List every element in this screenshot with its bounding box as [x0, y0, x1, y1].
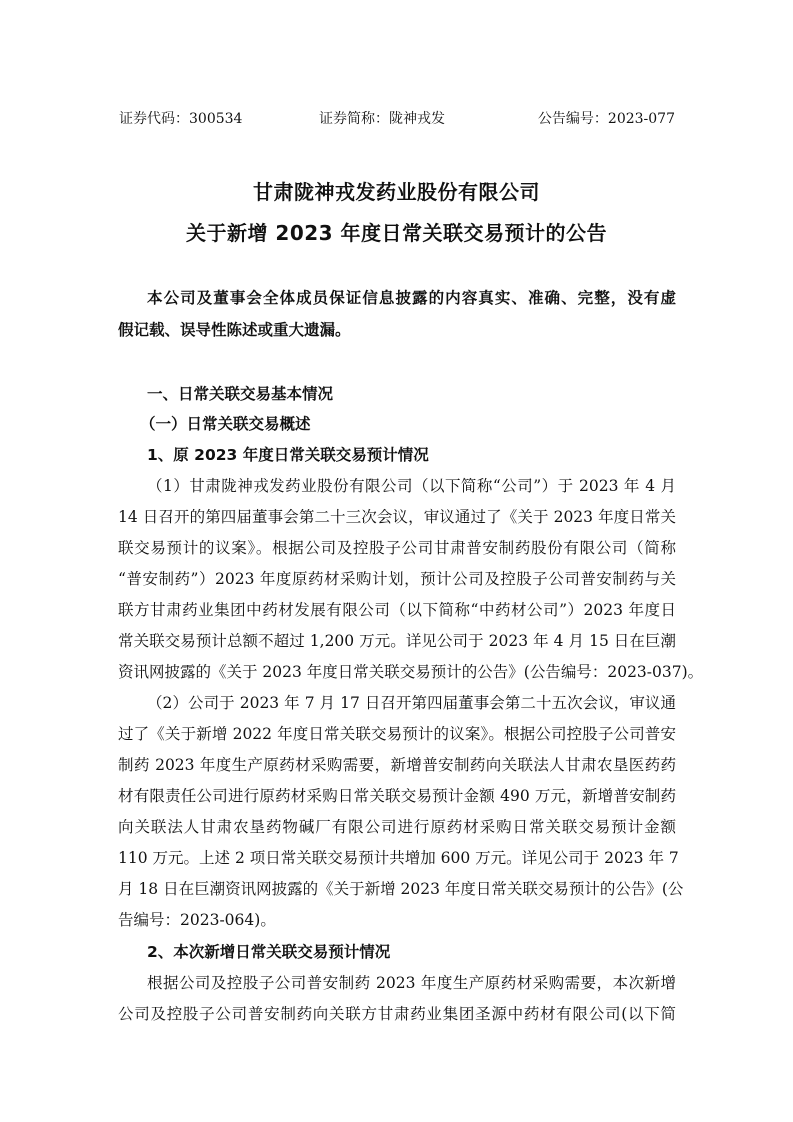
- statement-line: 本公司及董事会全体成员保证信息披露的内容真实、准确、完整，没有虚: [147, 288, 676, 308]
- item-heading: 2、本次新增日常关联交易预计情况: [147, 942, 676, 962]
- paragraph-line: 资讯网披露的《关于 2023 年度日常关联交易预计的公告》(公告编号：2023-…: [118, 662, 676, 682]
- paragraph-line: （1）甘肃陇神戎发药业股份有限公司（以下简称“公司”）于 2023 年 4 月: [147, 476, 676, 496]
- section-heading: 一、日常关联交易基本情况: [147, 384, 676, 404]
- item-heading: 1、原 2023 年度日常关联交易预计情况: [147, 445, 676, 465]
- paragraph-line: （2）公司于 2023 年 7 月 17 日召开第四届董事会第二十五次会议，审议…: [147, 693, 676, 713]
- paragraph-line: 公司及控股子公司普安制药向关联方甘肃药业集团圣源中药材有限公司(以下简: [118, 1004, 676, 1024]
- announcement-title: 关于新增 2023 年度日常关联交易预计的公告: [0, 217, 793, 246]
- document-header: 证券代码：300534 证券简称：陇神戎发 公告编号：2023-077: [119, 108, 675, 128]
- announcement-number: 公告编号：2023-077: [538, 108, 675, 128]
- paragraph-line: 材有限责任公司进行原药材采购日常关联交易预计金额 490 万元，新增普安制药: [118, 786, 676, 806]
- paragraph-line: 14 日召开的第四届董事会第二十三次会议，审议通过了《关于 2023 年度日常关: [118, 507, 676, 527]
- paragraph-line: 联方甘肃药业集团中药材发展有限公司（以下简称“中药材公司”）2023 年度日: [118, 600, 676, 620]
- paragraph-line: 联交易预计的议案》。根据公司及控股子公司甘肃普安制药股份有限公司（简称: [118, 538, 676, 558]
- paragraph-line: 过了《关于新增 2022 年度日常关联交易预计的议案》。根据公司控股子公司普安: [118, 724, 676, 744]
- paragraph-line: 月 18 日在巨潮资讯网披露的《关于新增 2023 年度日常关联交易预计的公告》…: [118, 879, 676, 899]
- paragraph-line: 常关联交易预计总额不超过 1,200 万元。详见公司于 2023 年 4 月 1…: [118, 631, 676, 651]
- stock-abbreviation: 证券简称：陇神戎发: [319, 108, 445, 128]
- stock-code: 证券代码：300534: [119, 108, 242, 128]
- paragraph-line: 根据公司及控股子公司普安制药 2023 年度生产原药材采购需要，本次新增: [147, 973, 676, 993]
- company-title: 甘肃陇神戎发药业股份有限公司: [0, 176, 793, 205]
- paragraph-line: 告编号：2023-064)。: [118, 910, 676, 930]
- paragraph-line: “普安制药”）2023 年度原药材采购计划，预计公司及控股子公司普安制药与关: [118, 569, 676, 589]
- paragraph-line: 110 万元。上述 2 项日常关联交易预计共增加 600 万元。详见公司于 20…: [118, 848, 676, 868]
- paragraph-line: 向关联法人甘肃农垦药物碱厂有限公司进行原药材采购日常关联交易预计金额: [118, 817, 676, 837]
- paragraph-line: 制药 2023 年度生产原药材采购需要，新增普安制药向关联法人甘肃农垦医药药: [118, 755, 676, 775]
- sub-heading: （一）日常关联交易概述: [140, 414, 698, 434]
- statement-line: 假记载、误导性陈述或重大遗漏。: [118, 320, 676, 340]
